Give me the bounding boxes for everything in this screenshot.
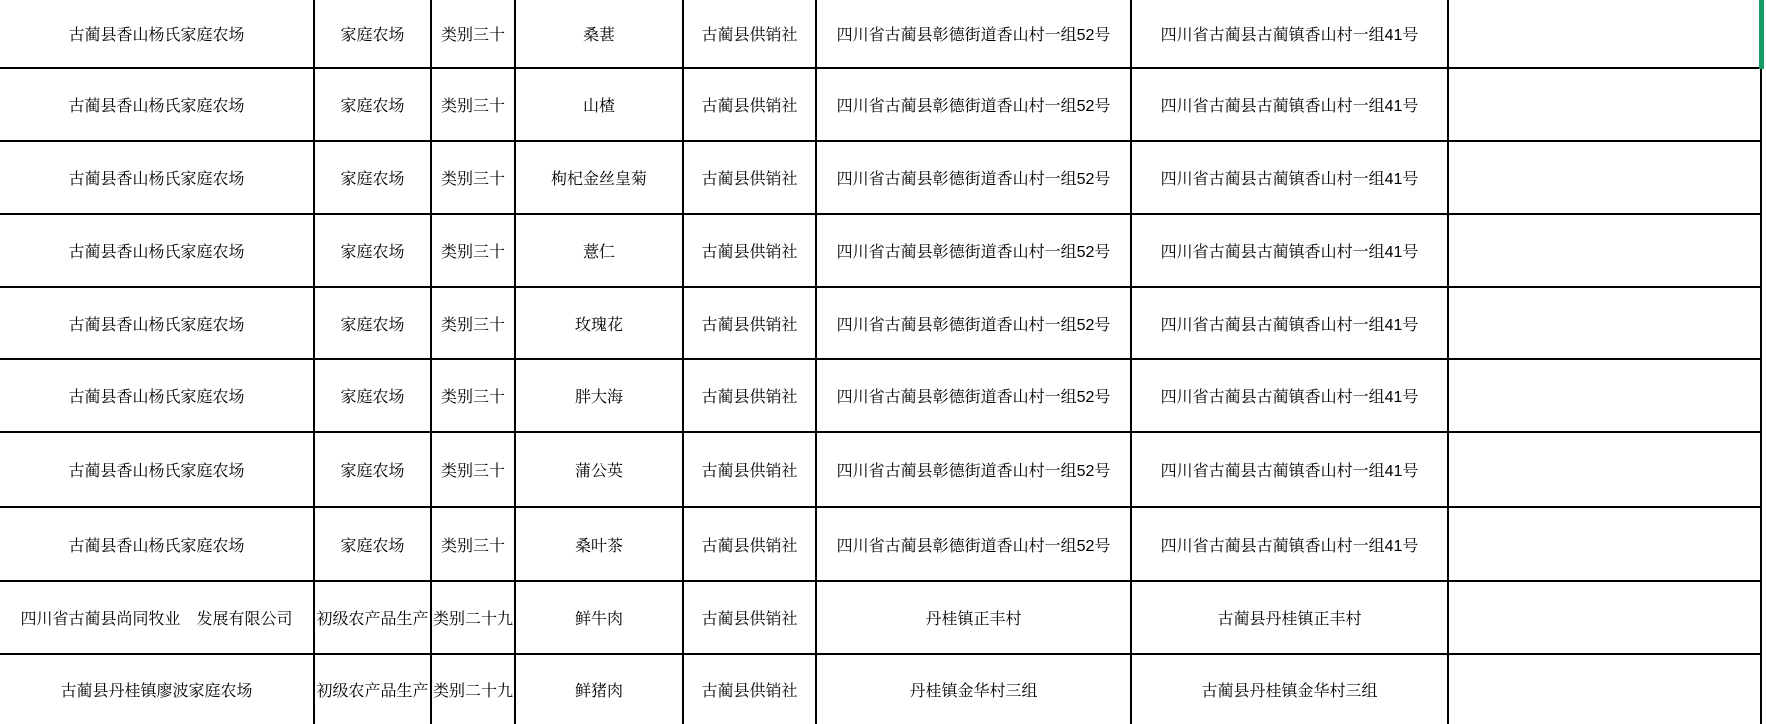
table-cell-empty[interactable] xyxy=(1449,433,1762,508)
table-cell-production-address[interactable]: 四川省古蔺县彰德街道香山村一组52号 xyxy=(817,0,1132,69)
table-cell-producer-type[interactable]: 初级农产品生产 xyxy=(315,582,432,655)
table-cell-producer-type[interactable]: 家庭农场 xyxy=(315,215,432,288)
table-cell-product[interactable]: 山楂 xyxy=(516,69,684,142)
table-cell-producer-name[interactable]: 古蔺县香山杨氏家庭农场 xyxy=(0,360,315,433)
table-cell-production-address[interactable]: 四川省古蔺县彰德街道香山村一组52号 xyxy=(817,69,1132,142)
table-cell-organization[interactable]: 古蔺县供销社 xyxy=(684,142,817,215)
table-cell-empty[interactable] xyxy=(1449,69,1762,142)
table-cell-registered-address[interactable]: 四川省古蔺县古蔺镇香山村一组41号 xyxy=(1132,433,1449,508)
table-cell-producer-name[interactable]: 古蔺县香山杨氏家庭农场 xyxy=(0,69,315,142)
table-cell-organization[interactable]: 古蔺县供销社 xyxy=(684,582,817,655)
table-cell-organization[interactable]: 古蔺县供销社 xyxy=(684,288,817,360)
table-cell-registered-address[interactable]: 古蔺县丹桂镇金华村三组 xyxy=(1132,655,1449,724)
table-cell-producer-type[interactable]: 初级农产品生产 xyxy=(315,655,432,724)
table-cell-registered-address[interactable]: 四川省古蔺县古蔺镇香山村一组41号 xyxy=(1132,0,1449,69)
table-cell-empty[interactable] xyxy=(1449,508,1762,582)
table-cell-production-address[interactable]: 四川省古蔺县彰德街道香山村一组52号 xyxy=(817,215,1132,288)
table-cell-organization[interactable]: 古蔺县供销社 xyxy=(684,655,817,724)
table-cell-category[interactable]: 类别二十九 xyxy=(432,655,516,724)
table-cell-producer-name[interactable]: 古蔺县丹桂镇廖波家庭农场 xyxy=(0,655,315,724)
table-cell-organization[interactable]: 古蔺县供销社 xyxy=(684,69,817,142)
table-cell-empty[interactable] xyxy=(1449,582,1762,655)
table-cell-product[interactable]: 蒲公英 xyxy=(516,433,684,508)
table-cell-producer-name[interactable]: 古蔺县香山杨氏家庭农场 xyxy=(0,142,315,215)
table-cell-empty[interactable] xyxy=(1449,360,1762,433)
table-cell-product[interactable]: 薏仁 xyxy=(516,215,684,288)
table-cell-product[interactable]: 鲜猪肉 xyxy=(516,655,684,724)
table-cell-empty[interactable] xyxy=(1449,0,1762,69)
table-cell-producer-type[interactable]: 家庭农场 xyxy=(315,288,432,360)
table-cell-product[interactable]: 桑叶茶 xyxy=(516,508,684,582)
table-cell-category[interactable]: 类别三十 xyxy=(432,69,516,142)
table-cell-organization[interactable]: 古蔺县供销社 xyxy=(684,215,817,288)
table-cell-production-address[interactable]: 四川省古蔺县彰德街道香山村一组52号 xyxy=(817,142,1132,215)
table-cell-producer-type[interactable]: 家庭农场 xyxy=(315,433,432,508)
table-cell-registered-address[interactable]: 四川省古蔺县古蔺镇香山村一组41号 xyxy=(1132,215,1449,288)
table-cell-producer-type[interactable]: 家庭农场 xyxy=(315,0,432,69)
table-cell-organization[interactable]: 古蔺县供销社 xyxy=(684,360,817,433)
table-cell-category[interactable]: 类别三十 xyxy=(432,0,516,69)
table-cell-category[interactable]: 类别二十九 xyxy=(432,582,516,655)
table-cell-producer-name[interactable]: 古蔺县香山杨氏家庭农场 xyxy=(0,215,315,288)
table-cell-production-address[interactable]: 四川省古蔺县彰德街道香山村一组52号 xyxy=(817,433,1132,508)
table-cell-empty[interactable] xyxy=(1449,215,1762,288)
table-cell-registered-address[interactable]: 四川省古蔺县古蔺镇香山村一组41号 xyxy=(1132,69,1449,142)
table-cell-product[interactable]: 桑葚 xyxy=(516,0,684,69)
table-cell-producer-type[interactable]: 家庭农场 xyxy=(315,142,432,215)
table-cell-product[interactable]: 鲜牛肉 xyxy=(516,582,684,655)
table-cell-registered-address[interactable]: 四川省古蔺县古蔺镇香山村一组41号 xyxy=(1132,508,1449,582)
table-cell-organization[interactable]: 古蔺县供销社 xyxy=(684,508,817,582)
table-cell-category[interactable]: 类别三十 xyxy=(432,508,516,582)
table-cell-registered-address[interactable]: 四川省古蔺县古蔺镇香山村一组41号 xyxy=(1132,288,1449,360)
table-cell-empty[interactable] xyxy=(1449,288,1762,360)
spreadsheet-viewport: 古蔺县香山杨氏家庭农场家庭农场类别三十桑葚古蔺县供销社四川省古蔺县彰德街道香山村… xyxy=(0,0,1766,724)
table-cell-producer-name[interactable]: 古蔺县香山杨氏家庭农场 xyxy=(0,508,315,582)
table-cell-registered-address[interactable]: 古蔺县丹桂镇正丰村 xyxy=(1132,582,1449,655)
table-cell-empty[interactable] xyxy=(1449,655,1762,724)
table-cell-registered-address[interactable]: 四川省古蔺县古蔺镇香山村一组41号 xyxy=(1132,142,1449,215)
data-table: 古蔺县香山杨氏家庭农场家庭农场类别三十桑葚古蔺县供销社四川省古蔺县彰德街道香山村… xyxy=(0,0,1762,724)
table-cell-producer-type[interactable]: 家庭农场 xyxy=(315,360,432,433)
table-cell-producer-type[interactable]: 家庭农场 xyxy=(315,508,432,582)
table-cell-production-address[interactable]: 丹桂镇金华村三组 xyxy=(817,655,1132,724)
table-cell-category[interactable]: 类别三十 xyxy=(432,142,516,215)
table-cell-production-address[interactable]: 丹桂镇正丰村 xyxy=(817,582,1132,655)
table-cell-product[interactable]: 枸杞金丝皇菊 xyxy=(516,142,684,215)
table-cell-producer-name[interactable]: 四川省古蔺县尚同牧业 发展有限公司 xyxy=(0,582,315,655)
table-cell-production-address[interactable]: 四川省古蔺县彰德街道香山村一组52号 xyxy=(817,288,1132,360)
table-cell-category[interactable]: 类别三十 xyxy=(432,288,516,360)
table-cell-registered-address[interactable]: 四川省古蔺县古蔺镇香山村一组41号 xyxy=(1132,360,1449,433)
table-cell-production-address[interactable]: 四川省古蔺县彰德街道香山村一组52号 xyxy=(817,360,1132,433)
table-cell-organization[interactable]: 古蔺县供销社 xyxy=(684,0,817,69)
selected-cell-border-fragment xyxy=(1759,0,1764,69)
table-cell-product[interactable]: 玫瑰花 xyxy=(516,288,684,360)
table-cell-empty[interactable] xyxy=(1449,142,1762,215)
table-cell-product[interactable]: 胖大海 xyxy=(516,360,684,433)
table-cell-organization[interactable]: 古蔺县供销社 xyxy=(684,433,817,508)
table-cell-producer-name[interactable]: 古蔺县香山杨氏家庭农场 xyxy=(0,433,315,508)
table-cell-producer-name[interactable]: 古蔺县香山杨氏家庭农场 xyxy=(0,0,315,69)
table-cell-category[interactable]: 类别三十 xyxy=(432,215,516,288)
table-cell-producer-name[interactable]: 古蔺县香山杨氏家庭农场 xyxy=(0,288,315,360)
table-cell-category[interactable]: 类别三十 xyxy=(432,360,516,433)
table-cell-production-address[interactable]: 四川省古蔺县彰德街道香山村一组52号 xyxy=(817,508,1132,582)
table-cell-category[interactable]: 类别三十 xyxy=(432,433,516,508)
table-cell-producer-type[interactable]: 家庭农场 xyxy=(315,69,432,142)
